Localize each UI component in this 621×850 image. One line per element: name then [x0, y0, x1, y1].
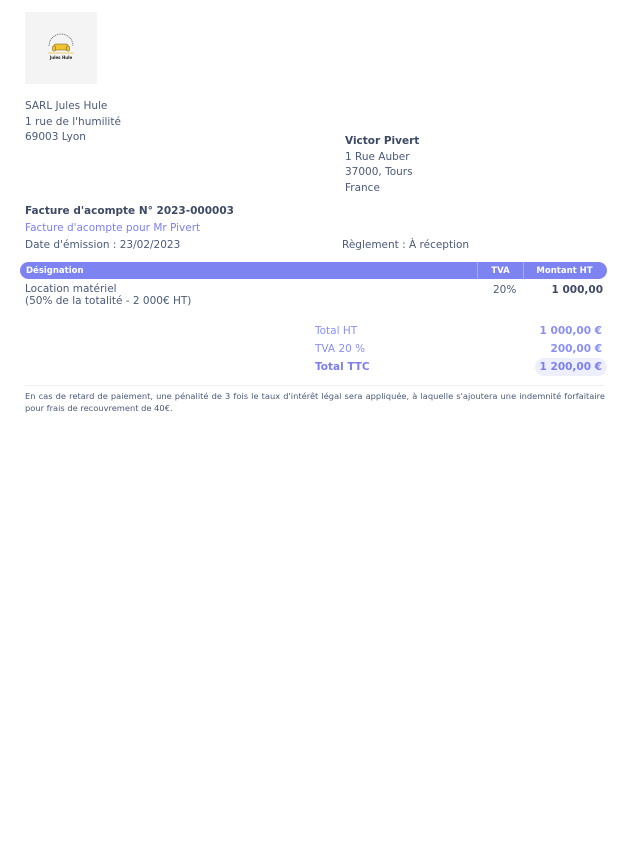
- column-header-amount: Montant HT: [523, 262, 607, 279]
- payment-terms: Règlement : À réception: [342, 239, 469, 251]
- recipient-city: 37000, Tours: [345, 165, 419, 181]
- recipient-address: Victor Pivert 1 Rue Auber 37000, Tours F…: [345, 134, 419, 196]
- sender-name: SARL Jules Hule: [25, 99, 121, 115]
- sender-address: SARL Jules Hule 1 rue de l'humilité 6900…: [25, 99, 121, 146]
- recipient-name: Victor Pivert: [345, 134, 419, 150]
- column-header-tva: TVA: [477, 262, 523, 279]
- table-header: Désignation TVA Montant HT: [20, 262, 607, 279]
- footer-divider: [25, 385, 605, 386]
- total-ttc-line: Total TTC 1 200,00 €: [315, 358, 607, 376]
- late-payment-note: En cas de retard de paiement, une pénali…: [25, 391, 605, 414]
- sender-city: 69003 Lyon: [25, 130, 121, 146]
- issue-date: Date d'émission : 23/02/2023: [25, 239, 180, 251]
- row-designation: Location matériel (50% de la totalité - …: [25, 284, 605, 307]
- total-ttc-label: Total TTC: [315, 358, 370, 376]
- invoice-page: Jules Hule SARL Jules Hule 1 rue de l'hu…: [0, 0, 621, 850]
- total-ht-label: Total HT: [315, 322, 357, 340]
- tva-label: TVA 20 %: [315, 340, 365, 358]
- recipient-country: France: [345, 181, 419, 197]
- row-designation-title: Location matériel: [25, 284, 605, 296]
- totals-block: Total HT 1 000,00 € TVA 20 % 200,00 € To…: [315, 322, 607, 376]
- invoice-subtitle: Facture d'acompte pour Mr Pivert: [25, 222, 200, 234]
- company-logo: Jules Hule: [25, 12, 97, 84]
- total-ht-line: Total HT 1 000,00 €: [315, 322, 607, 340]
- column-header-designation: Désignation: [20, 262, 477, 279]
- total-ht-value: 1 000,00 €: [540, 322, 602, 340]
- row-designation-detail: (50% de la totalité - 2 000€ HT): [25, 296, 605, 308]
- row-tva: 20%: [493, 284, 516, 296]
- total-ttc-value: 1 200,00 €: [535, 358, 607, 376]
- recipient-street: 1 Rue Auber: [345, 150, 419, 166]
- tva-value: 200,00 €: [551, 340, 602, 358]
- row-amount: 1 000,00: [552, 284, 603, 296]
- table-row: Location matériel (50% de la totalité - …: [25, 284, 605, 307]
- sofa-icon: Jules Hule: [41, 28, 81, 68]
- svg-text:Jules Hule: Jules Hule: [49, 55, 73, 60]
- tva-line: TVA 20 % 200,00 €: [315, 340, 607, 358]
- sender-street: 1 rue de l'humilité: [25, 115, 121, 131]
- invoice-title: Facture d'acompte N° 2023-000003: [25, 205, 234, 217]
